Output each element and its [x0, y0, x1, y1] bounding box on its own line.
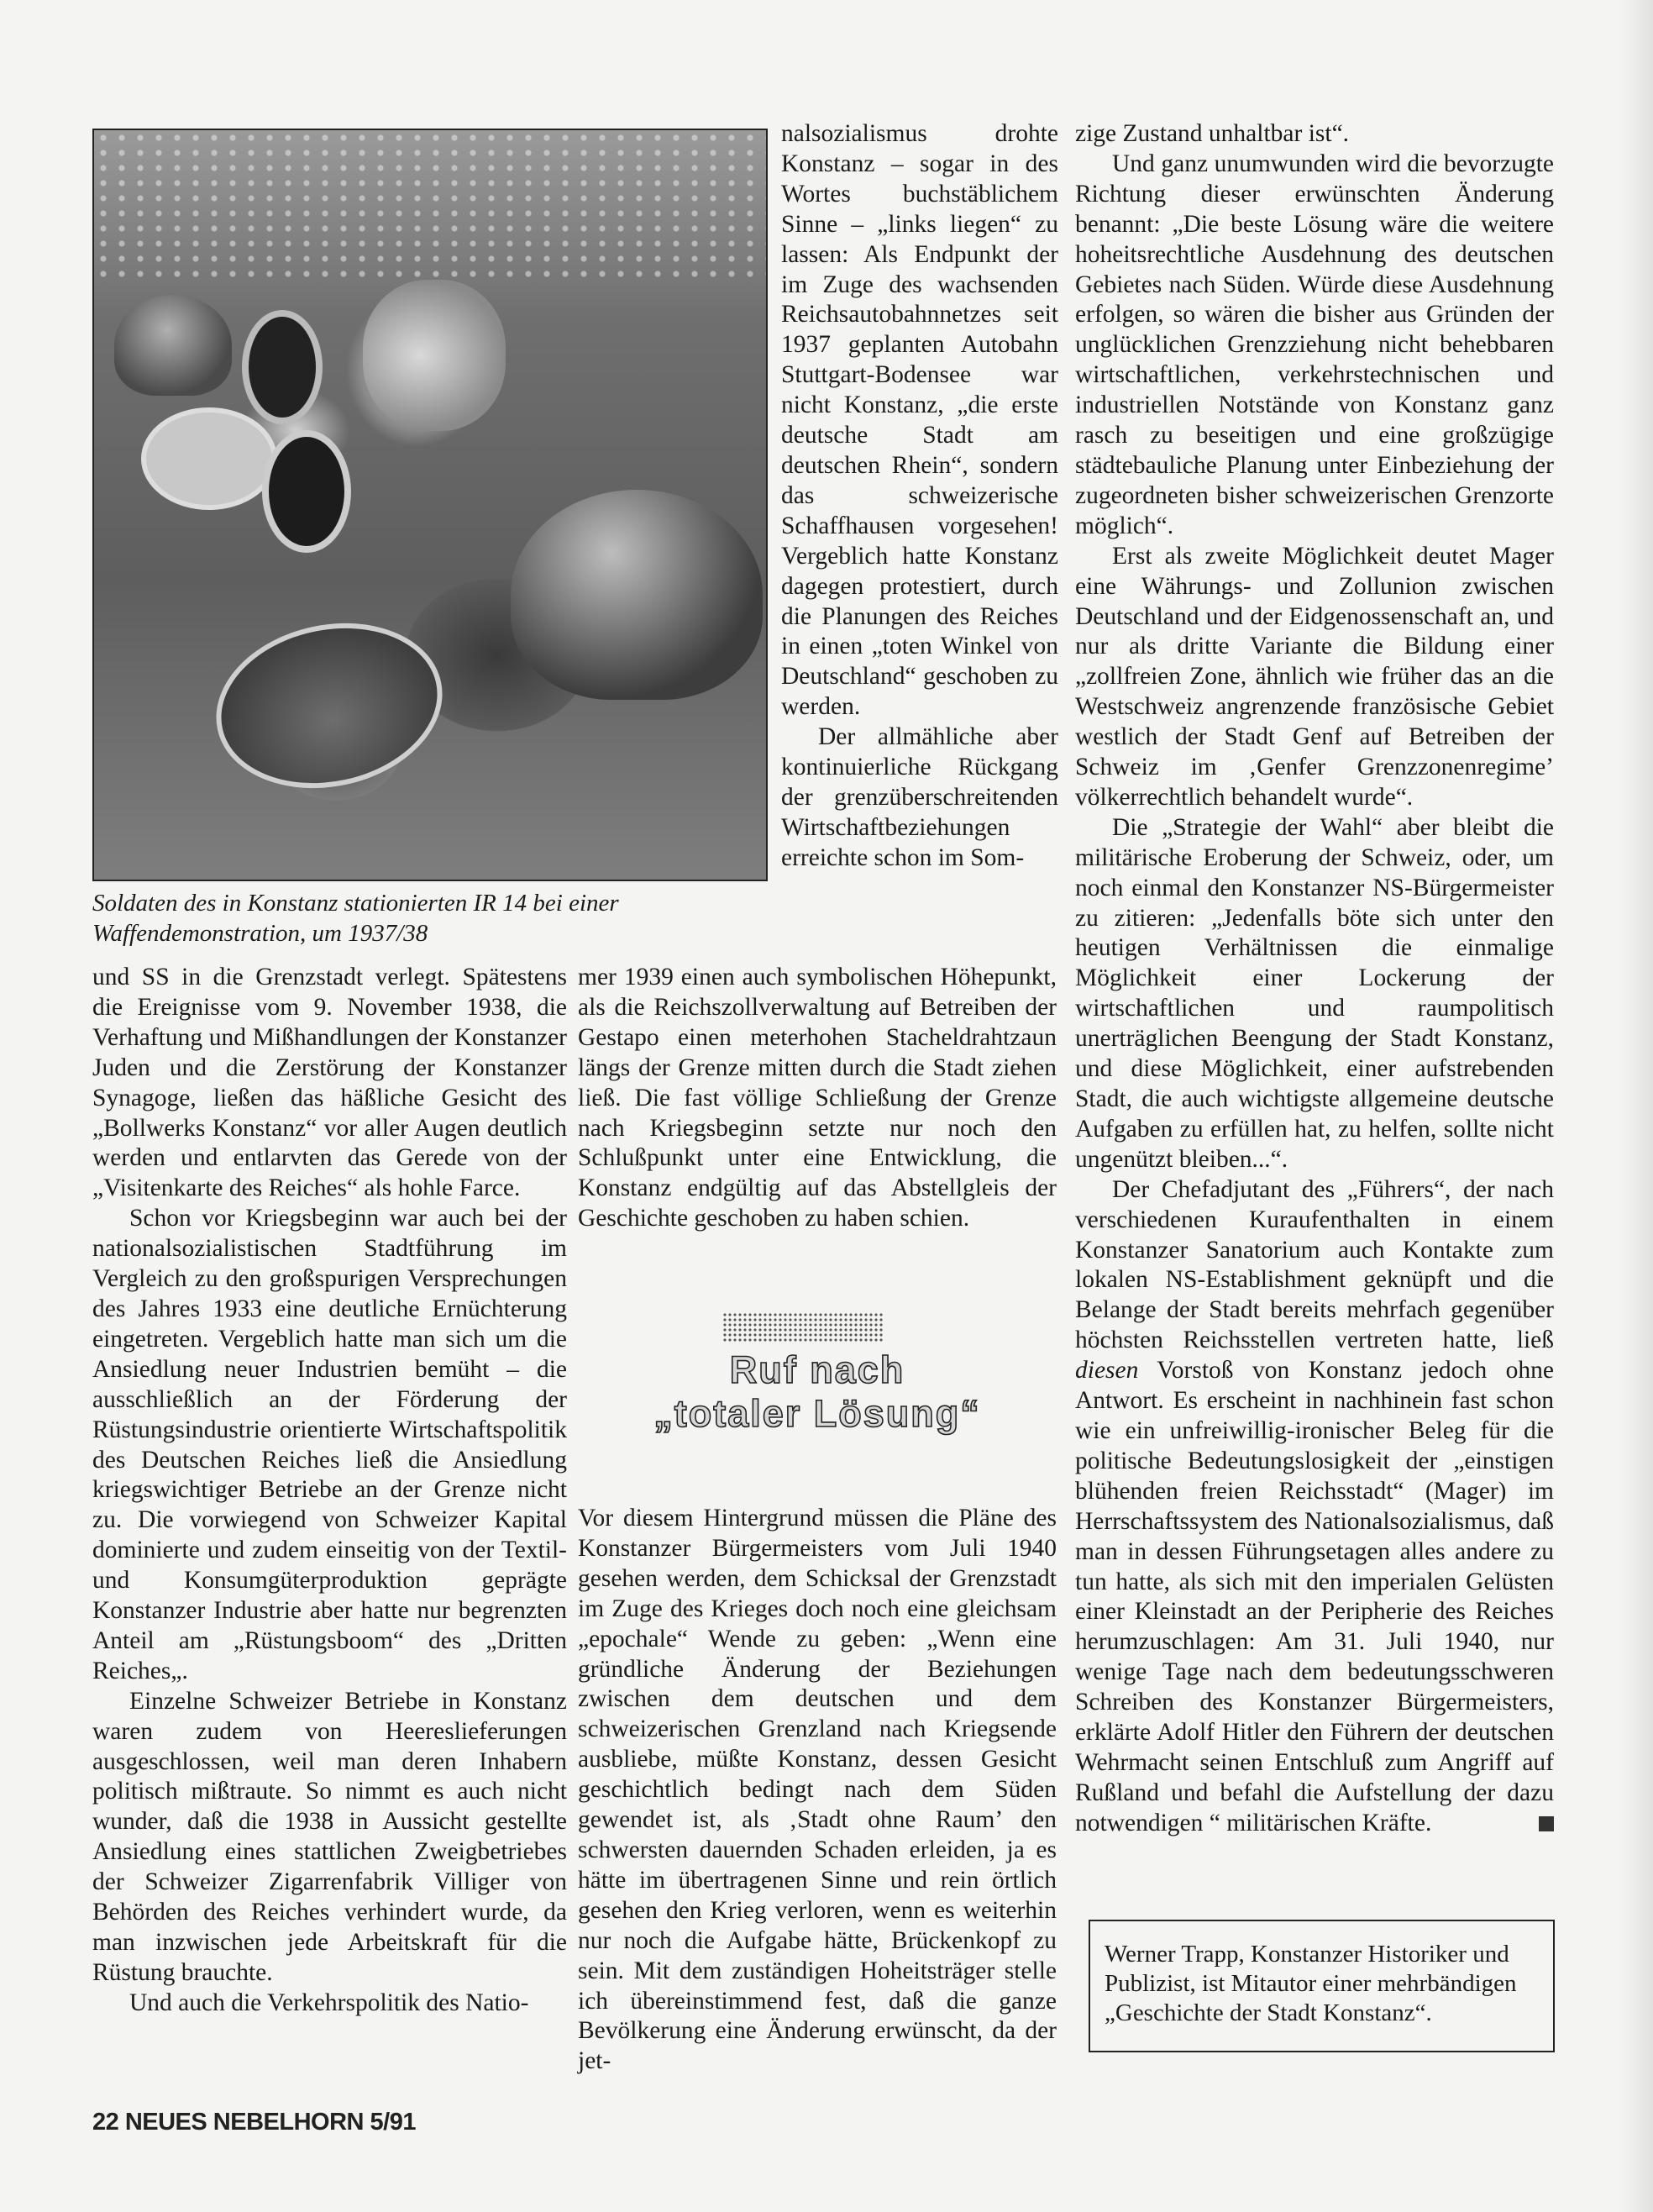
section-heading: Ruf nach „totaler Lösung“	[578, 1348, 1057, 1436]
paragraph: Der allmähliche aber kontinuierliche Rüc…	[781, 722, 1058, 874]
photo-soldier-face	[363, 280, 506, 431]
paragraph: Vor diesem Hintergrund müssen die Pläne …	[578, 1504, 1057, 2077]
emphasis: diesen	[1075, 1357, 1138, 1384]
paragraph: Einzelne Schweizer Betriebe in Konstanz …	[92, 1687, 567, 1989]
section-heading-line2: „totaler Lösung“	[578, 1392, 1057, 1436]
column-middle-top: nalsozialismus drohte Konstanz – sogar i…	[781, 119, 1058, 874]
photo-optic-lens-lower	[262, 430, 351, 553]
end-of-article-square-icon	[1539, 1816, 1554, 1831]
paragraph: Die „Strategie der Wahl“ aber bleibt die…	[1075, 813, 1554, 1175]
photo-dish	[201, 603, 458, 808]
paragraph: zige Zustand unhaltbar ist“.	[1075, 119, 1554, 150]
text-run: Der Chefadjutant des „Führers“, der nach…	[1075, 1176, 1554, 1354]
column-right: zige Zustand unhaltbar ist“. Und ganz un…	[1075, 119, 1554, 1839]
author-bio-box: Werner Trapp, Konstanzer Historiker und …	[1089, 1920, 1555, 2052]
author-bio-text: Werner Trapp, Konstanzer Historiker und …	[1105, 1941, 1517, 2026]
photo-flowers-background	[94, 130, 766, 280]
paragraph: mer 1939 einen auch symbolischen Höhepun…	[578, 963, 1057, 1234]
text-run: Vorstoß von Konstanz jedoch ohne Antwort…	[1075, 1357, 1554, 1836]
paragraph: Schon vor Kriegsbeginn war auch bei der …	[92, 1204, 567, 1687]
paragraph: und SS in die Grenzstadt verlegt. Spätes…	[92, 963, 567, 1204]
magazine-name: NEUES NEBELHORN	[125, 2109, 364, 2136]
page-number: 22	[92, 2109, 118, 2136]
photo-optic-lens-upper	[242, 310, 323, 424]
photo-optic-cover	[141, 407, 277, 510]
page-edge-shadow	[1619, 0, 1653, 2212]
page-footer: 22 NEUES NEBELHORN 5/91	[92, 2109, 416, 2136]
photo-caption: Soldaten des in Konstanz stationierten I…	[92, 888, 764, 948]
paragraph: Und auch die Verkehrspolitik des Natio-	[92, 1989, 567, 2019]
section-heading-line1: Ruf nach	[578, 1348, 1057, 1392]
article-photo	[92, 129, 768, 881]
paragraph: Erst als zweite Möglichkeit deutet Mager…	[1075, 542, 1554, 813]
column-left: und SS in die Grenzstadt verlegt. Spätes…	[92, 963, 567, 2019]
photo-helmet-foreground	[511, 490, 763, 700]
paragraph: Und ganz unumwunden wird die bevorzugte …	[1075, 150, 1554, 542]
heading-dot-ornament	[722, 1312, 884, 1343]
issue-number: 5/91	[370, 2109, 416, 2136]
paragraph: nalsozialismus drohte Konstanz – sogar i…	[781, 119, 1058, 722]
column-middle-bottom: Vor diesem Hintergrund müssen die Pläne …	[578, 1504, 1057, 2077]
column-middle-continuation: mer 1939 einen auch symbolischen Höhepun…	[578, 963, 1057, 1234]
photo-helmet-left	[114, 295, 232, 396]
paragraph: Der Chefadjutant des „Führers“, der nach…	[1075, 1175, 1554, 1839]
